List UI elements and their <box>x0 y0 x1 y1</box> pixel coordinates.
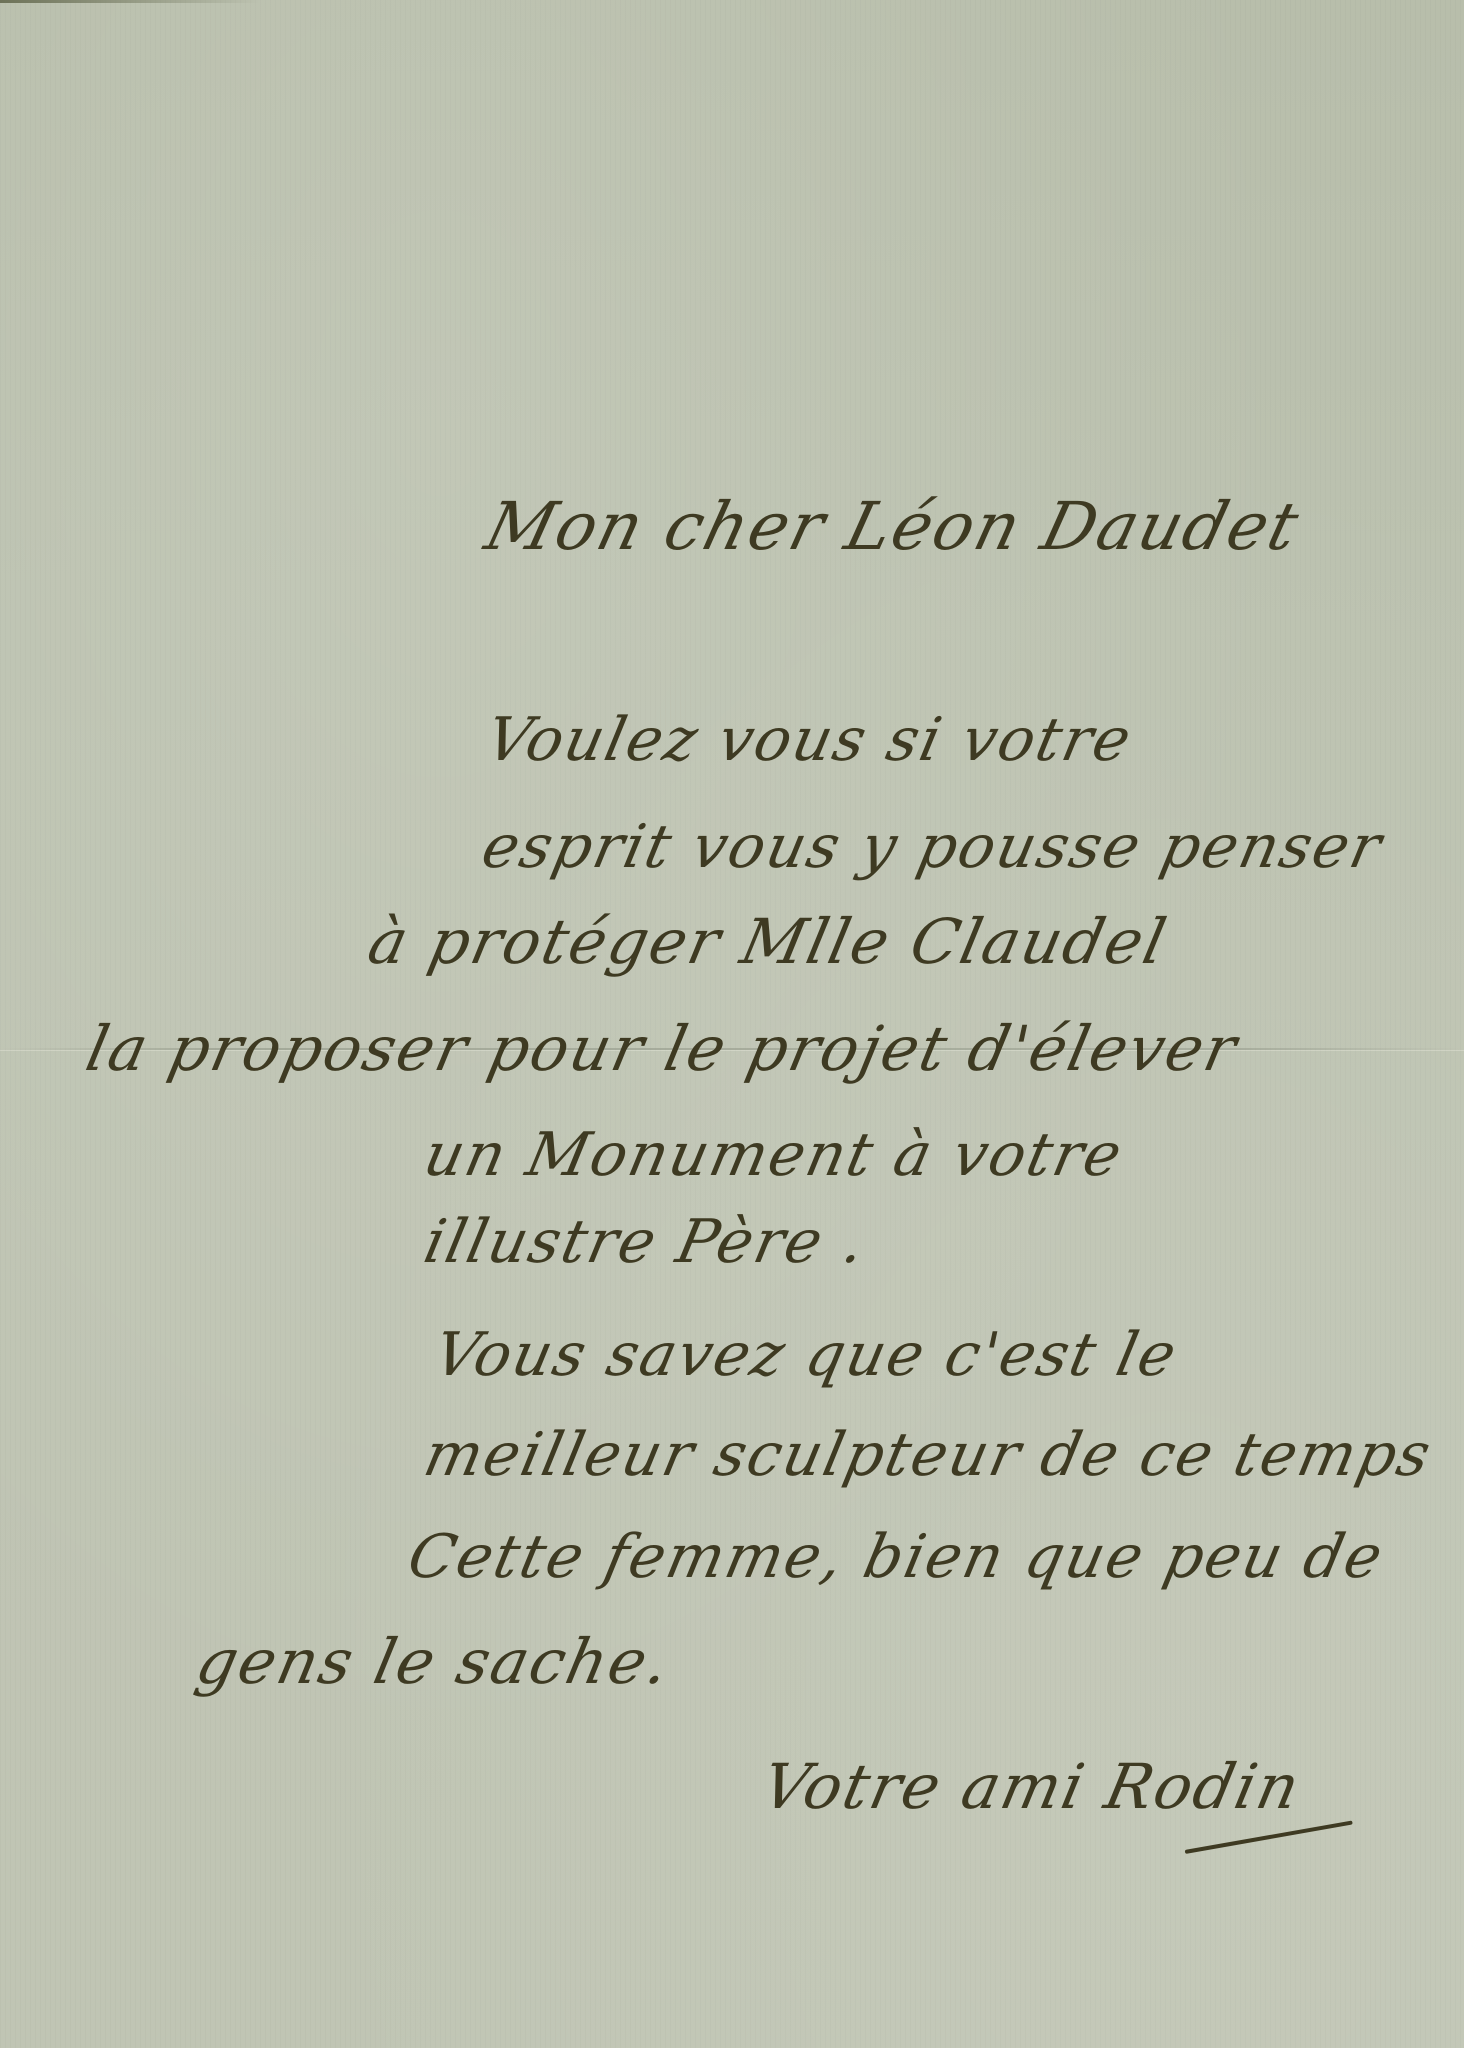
letter-line-8: meilleur sculpteur de ce temps <box>418 1420 1438 1490</box>
letter-line-6: illustre Père . <box>418 1207 873 1277</box>
letter-line-4: la proposer pour le projet d'élever <box>80 1012 1245 1085</box>
letter-closing-signature: Votre ami Rodin <box>756 1750 1308 1823</box>
letter-salutation: Mon cher Léon Daudet <box>478 488 1308 565</box>
letter-line-10: gens le sache. <box>190 1625 677 1698</box>
letter-line-3: à protéger Mlle Claudel <box>362 905 1174 978</box>
letter-line-7: Vous savez que c'est le <box>428 1320 1184 1390</box>
letter-line-1: Voulez vous si votre <box>480 705 1139 775</box>
paper-top-edge-shadow <box>0 0 260 3</box>
letter-line-9: Cette femme, bien que peu de <box>402 1522 1390 1592</box>
letter-page: Mon cher Léon Daudet Voulez vous si votr… <box>0 0 1464 2048</box>
signature-underline-flourish <box>1185 1821 1353 1854</box>
letter-line-2: esprit vous y pousse penser <box>476 812 1389 882</box>
letter-line-5: un Monument à votre <box>418 1120 1129 1190</box>
